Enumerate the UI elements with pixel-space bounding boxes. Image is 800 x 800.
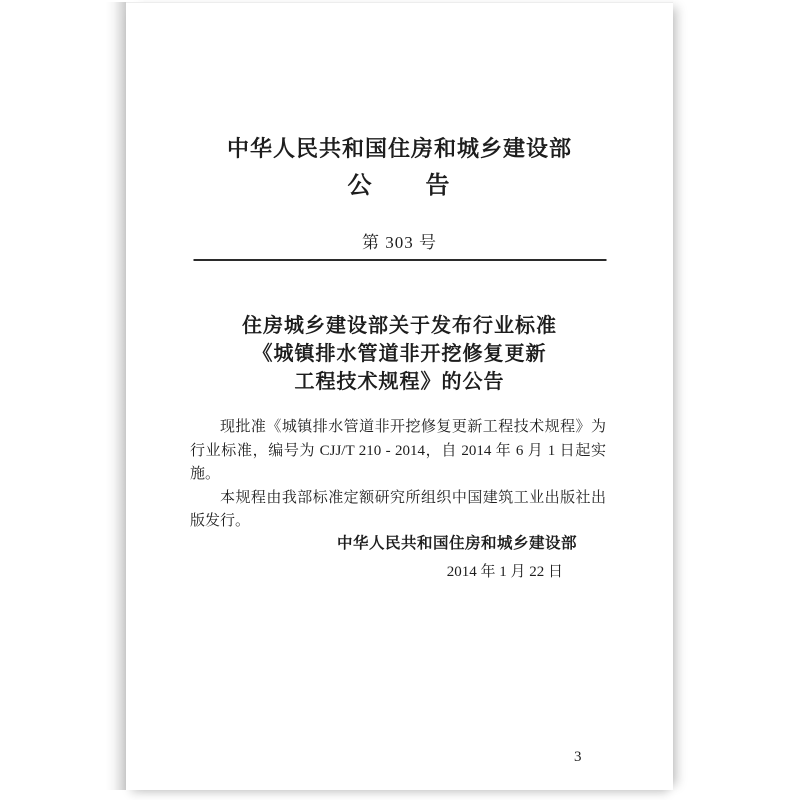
page-number: 3 xyxy=(574,749,582,766)
page-gutter-shadow xyxy=(106,2,126,790)
header-rule xyxy=(193,259,606,261)
announcement-subtitle: 住房城乡建设部关于发布行业标准 《城镇排水管道非开挖修复更新 工程技术规程》的公… xyxy=(126,312,673,396)
document-page: 中华人民共和国住房和城乡建设部 公 告 第 303 号 住房城乡建设部关于发布行… xyxy=(126,2,673,790)
subtitle-line-3: 工程技术规程》的公告 xyxy=(126,368,673,396)
signature-issuer: 中华人民共和国住房和城乡建设部 xyxy=(126,531,673,553)
authority-title: 中华人民共和国住房和城乡建设部 xyxy=(126,136,673,162)
signature-date: 2014 年 1 月 22 日 xyxy=(126,560,673,581)
subtitle-line-2: 《城镇排水管道非开挖修复更新 xyxy=(126,340,673,368)
body-paragraph-1: 现批准《城镇排水管道非开挖修复更新工程技术规程》为行业标准，编号为 CJJ/T … xyxy=(190,416,606,487)
body-paragraph-2: 本规程由我部标准定额研究所组织中国建筑工业出版社出版发行。 xyxy=(190,487,606,534)
subtitle-line-1: 住房城乡建设部关于发布行业标准 xyxy=(126,312,673,340)
notice-type-title: 公 告 xyxy=(126,172,673,200)
notice-number: 第 303 号 xyxy=(126,228,673,253)
signature-block: 中华人民共和国住房和城乡建设部 2014 年 1 月 22 日 xyxy=(126,531,673,581)
announcement-body: 现批准《城镇排水管道非开挖修复更新工程技术规程》为行业标准，编号为 CJJ/T … xyxy=(190,416,606,534)
announcement-header: 中华人民共和国住房和城乡建设部 公 告 xyxy=(126,136,673,200)
scan-canvas: 中华人民共和国住房和城乡建设部 公 告 第 303 号 住房城乡建设部关于发布行… xyxy=(0,0,800,800)
